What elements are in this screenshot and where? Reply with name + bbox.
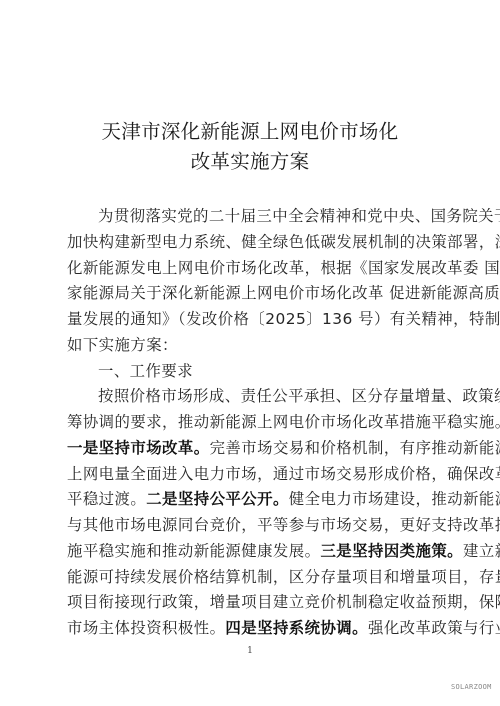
body-line: 按照价格市场形成、责任公平承担、区分存量增量、政策统	[67, 384, 439, 410]
bold-heading-text: 三是坚持因类施策。	[320, 542, 463, 560]
body-line: 量发展的通知》（发改价格〔2025〕136 号）有关精神，特制定	[67, 307, 439, 333]
body-text-span: 量发展的通知》（发改价格〔2025〕136 号）有关精神，特制定	[67, 310, 500, 328]
body-line: 与其他市场电源同台竞价，平等参与市场交易，更好支持改革措	[67, 513, 439, 539]
body-line: 项目衔接现行政策，增量项目建立竞价机制稳定收益预期，保障	[67, 590, 439, 616]
watermark: SOLARZOOM	[451, 683, 492, 691]
body-line: 化新能源发电上网电价市场化改革，根据《国家发展改革委 国	[67, 256, 439, 282]
bold-heading-text: 二是坚持公平公开。	[146, 490, 289, 508]
body-line: 一、工作要求	[67, 359, 439, 385]
body-text-span: 家能源局关于深化新能源上网电价市场化改革 促进新能源高质	[67, 284, 500, 302]
document-body: 为贯彻落实党的二十届三中全会精神和党中央、国务院关于加快构建新型电力系统、健全绿…	[67, 204, 439, 642]
body-text-span: 化新能源发电上网电价市场化改革，根据《国家发展改革委 国	[67, 259, 500, 277]
body-text-span: 一、工作要求	[98, 362, 193, 380]
body-text-span: 平稳过渡。	[67, 490, 146, 508]
bold-heading-text: 一是坚持市场改革。	[67, 439, 210, 457]
document-title-line-2: 改革实施方案	[0, 147, 500, 177]
body-text-span: 健全电力市场建设，推动新能源	[289, 490, 500, 508]
body-text-span: 加快构建新型电力系统、健全绿色低碳发展机制的决策部署，深	[67, 233, 500, 251]
body-line: 上网电量全面进入电力市场，通过市场交易形成价格，确保改革	[67, 462, 439, 488]
body-line: 一是坚持市场改革。完善市场交易和价格机制，有序推动新能源	[67, 436, 439, 462]
body-text-span: 能源可持续发展价格结算机制，区分存量项目和增量项目，存量	[67, 568, 500, 586]
body-line: 平稳过渡。二是坚持公平公开。健全电力市场建设，推动新能源	[67, 487, 439, 513]
body-text-span: 施平稳实施和推动新能源健康发展。	[67, 542, 320, 560]
body-line: 加快构建新型电力系统、健全绿色低碳发展机制的决策部署，深	[67, 230, 439, 256]
body-line: 家能源局关于深化新能源上网电价市场化改革 促进新能源高质	[67, 281, 439, 307]
body-text-span: 强化改革政策与行业	[368, 619, 500, 637]
body-text-span: 上网电量全面进入电力市场，通过市场交易形成价格，确保改革	[67, 465, 500, 483]
body-text-span: 市场主体投资积极性。	[67, 619, 225, 637]
body-text-span: 与其他市场电源同台竞价，平等参与市场交易，更好支持改革措	[67, 516, 500, 534]
body-text-span: 筹协调的要求，推动新能源上网电价市场化改革措施平稳实施。	[67, 413, 500, 431]
page-number: 1	[0, 646, 500, 656]
body-text-span: 完善市场交易和价格机制，有序推动新能源	[210, 439, 500, 457]
body-text-span: 项目衔接现行政策，增量项目建立竞价机制稳定收益预期，保障	[67, 593, 500, 611]
bold-heading-text: 四是坚持系统协调。	[225, 619, 368, 637]
body-line: 如下实施方案：	[67, 333, 439, 359]
body-line: 市场主体投资积极性。四是坚持系统协调。强化改革政策与行业	[67, 616, 439, 642]
body-text-span: 为贯彻落实党的二十届三中全会精神和党中央、国务院关于	[98, 207, 500, 225]
body-text-span: 如下实施方案：	[67, 336, 178, 354]
body-line: 为贯彻落实党的二十届三中全会精神和党中央、国务院关于	[67, 204, 439, 230]
document-title-line-1: 天津市深化新能源上网电价市场化	[0, 117, 500, 147]
body-line: 能源可持续发展价格结算机制，区分存量项目和增量项目，存量	[67, 565, 439, 591]
body-text-span: 建立新	[463, 542, 500, 560]
body-line: 施平稳实施和推动新能源健康发展。三是坚持因类施策。建立新	[67, 539, 439, 565]
body-line: 筹协调的要求，推动新能源上网电价市场化改革措施平稳实施。	[67, 410, 439, 436]
body-text-span: 按照价格市场形成、责任公平承担、区分存量增量、政策统	[98, 387, 500, 405]
